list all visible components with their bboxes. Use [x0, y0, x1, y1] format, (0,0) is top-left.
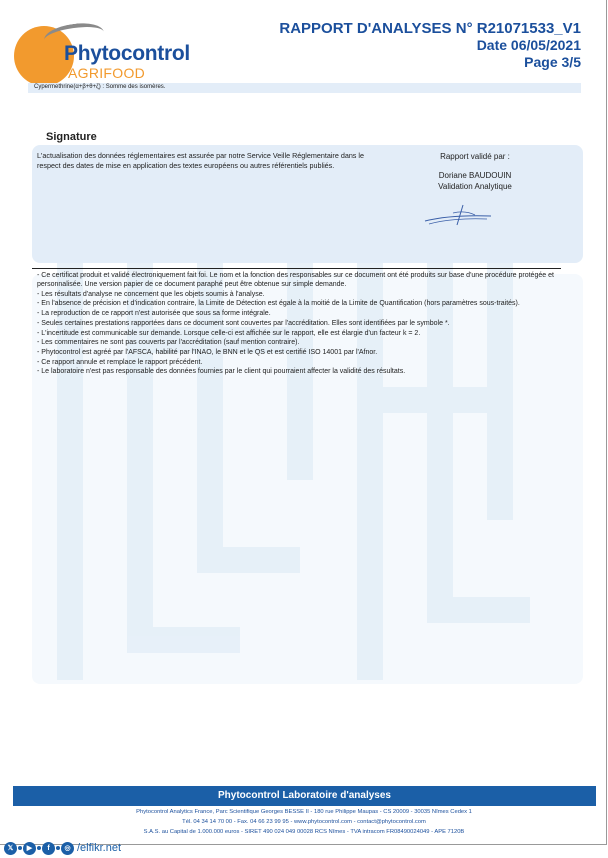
- validated-by-label: Rapport validé par :: [400, 151, 550, 162]
- signature-validation: Rapport validé par : Doriane BAUDOUIN Va…: [400, 151, 550, 192]
- notes-divider: [32, 268, 561, 269]
- logo-subtitle: AGRIFOOD: [68, 65, 145, 81]
- footer-title-bar: Phytocontrol Laboratoire d'analyses: [13, 786, 596, 806]
- facebook-icon[interactable]: f: [42, 842, 55, 855]
- x-icon[interactable]: 𝕏: [4, 842, 17, 855]
- legal-notes-list: - Ce certificat produit et validé électr…: [37, 271, 557, 377]
- note-item: - En l'absence de précision et d'indicat…: [37, 299, 557, 308]
- note-item: - Les résultats d'analyse ne concernent …: [37, 290, 557, 299]
- report-date: Date 06/05/2021: [477, 37, 581, 53]
- note-item: - Seules certaines prestations rapportée…: [37, 319, 557, 328]
- separator-dot-icon: [56, 846, 60, 850]
- signature-regulatory-text: L'actualisation des données réglementair…: [37, 151, 387, 170]
- validator-name: Doriane BAUDOUIN: [400, 170, 550, 181]
- instagram-icon[interactable]: ◎: [61, 842, 74, 855]
- footer-contact: Tél. 04 34 14 70 00 - Fax. 04 66 23 99 9…: [0, 819, 608, 825]
- note-item: - L'incertitude est communicable sur dem…: [37, 329, 557, 338]
- note-item: - Ce certificat produit et validé électr…: [37, 271, 557, 289]
- note-item: - Ce rapport annule et remplace le rappo…: [37, 358, 557, 367]
- footer-legal: S.A.S. au Capital de 1.000.000 euros - S…: [0, 829, 608, 835]
- social-handle-link[interactable]: /elfikr.net: [77, 842, 121, 854]
- social-links: 𝕏 ▶ f ◎ /elfikr.net: [4, 840, 121, 856]
- validator-role: Validation Analytique: [400, 181, 550, 192]
- report-title: RAPPORT D'ANALYSES N° R21071533_V1: [279, 20, 581, 37]
- note-item: - Phytocontrol est agréé par l'AFSCA, ha…: [37, 348, 557, 357]
- separator-dot-icon: [37, 846, 41, 850]
- signature-heading: Signature: [46, 131, 97, 143]
- logo-name: Phytocontrol: [64, 42, 190, 66]
- handwritten-signature-icon: [423, 201, 493, 229]
- note-item: - Le laboratoire n'est pas responsable d…: [37, 367, 557, 376]
- note-item: - La reproduction de ce rapport n'est au…: [37, 309, 557, 318]
- note-item: - Les commentaires ne sont pas couverts …: [37, 338, 557, 347]
- document-page: [0, 0, 607, 845]
- youtube-icon[interactable]: ▶: [23, 842, 36, 855]
- separator-dot-icon: [18, 846, 22, 850]
- footer-address: Phytocontrol Analytics France, Parc Scie…: [0, 809, 608, 815]
- report-page-number: Page 3/5: [524, 54, 581, 70]
- phytocontrol-logo: Phytocontrol AGRIFOOD: [14, 18, 204, 84]
- isomer-note: Cypermethrine(α+β+θ+ζ) : Somme des isomè…: [34, 84, 165, 90]
